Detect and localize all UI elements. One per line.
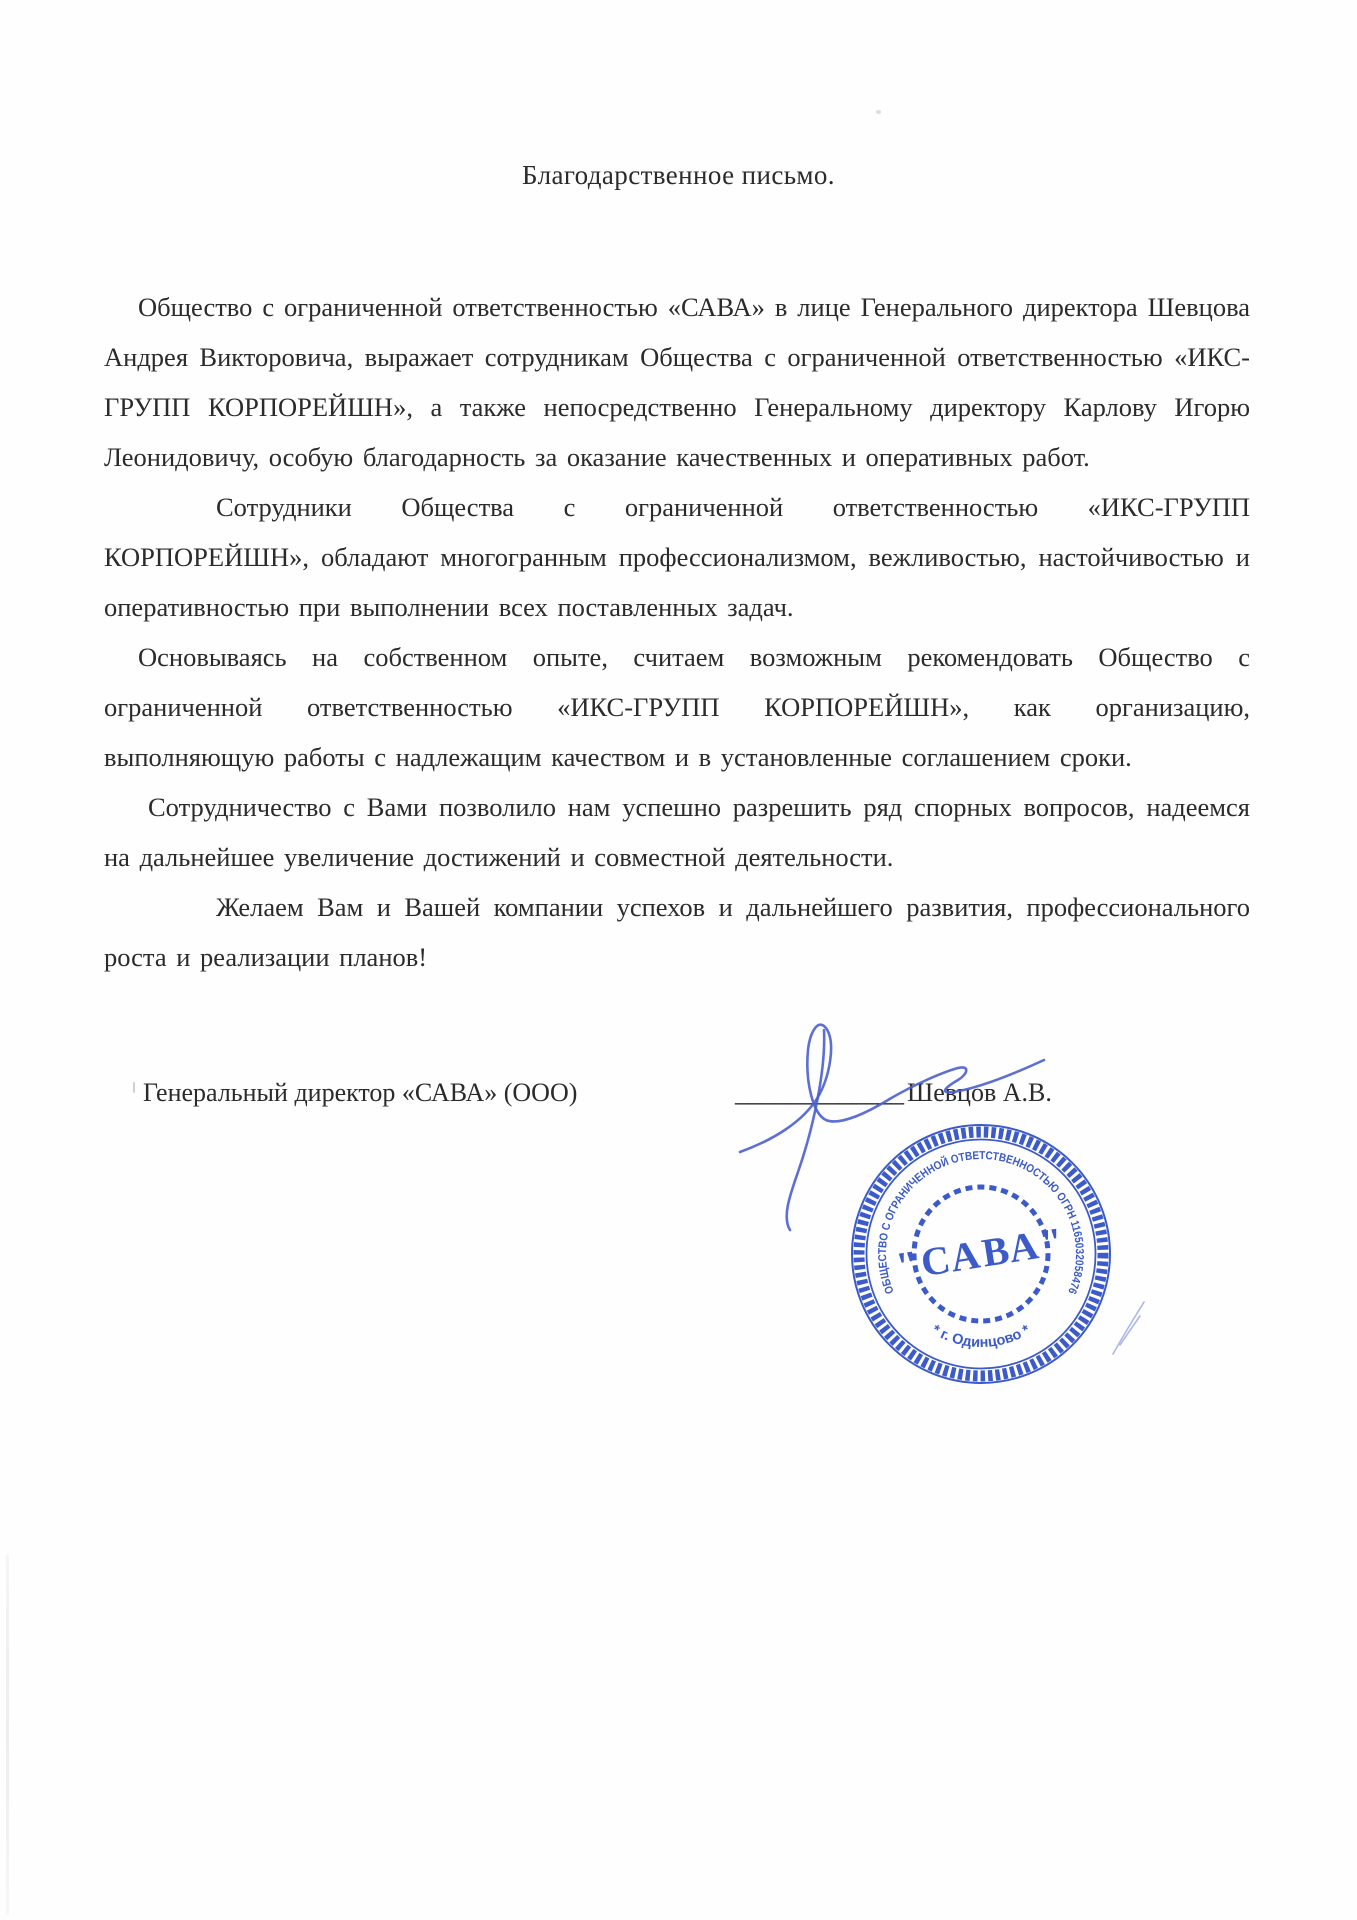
stamp-city-text: * г. Одинцово * — [929, 1322, 1033, 1351]
letter-title: Благодарственное письмо. — [0, 160, 1357, 191]
paragraph-5: Желаем Вам и Вашей компании успехов и да… — [104, 882, 1250, 982]
signature-block: _____________Шевцов А.В. — [735, 1078, 1052, 1108]
pen-flick-mark — [1108, 1298, 1150, 1360]
scan-tick-artifact — [133, 1082, 135, 1093]
signature-line: _____________ — [735, 1078, 904, 1107]
paragraph-3: Основываясь на собственном опыте, считае… — [104, 632, 1250, 782]
paragraph-2: Сотрудники Общества с ограниченной ответ… — [104, 482, 1250, 632]
signatory-name: Шевцов А.В. — [907, 1078, 1052, 1107]
scan-edge-smudge — [6, 1555, 9, 1915]
stamp-city-text-holder: * г. Одинцово * — [929, 1322, 1033, 1351]
paragraph-4: Сотрудничество с Вами позволило нам успе… — [104, 782, 1250, 882]
scan-speck-artifact — [876, 110, 881, 114]
scanned-letter-page: Благодарственное письмо. Общество с огра… — [0, 0, 1357, 1920]
paragraph-1: Общество с ограниченной ответственностью… — [104, 282, 1250, 482]
signature-stroke-tail — [787, 1030, 825, 1230]
letter-body: Общество с ограниченной ответственностью… — [104, 282, 1250, 982]
company-stamp: ОБЩЕСТВО С ОГРАНИЧЕННОЙ ОТВЕТСТВЕННОСТЬЮ… — [845, 1118, 1117, 1390]
signatory-position-label: Генеральный директор «САВА» (ООО) — [143, 1078, 577, 1108]
